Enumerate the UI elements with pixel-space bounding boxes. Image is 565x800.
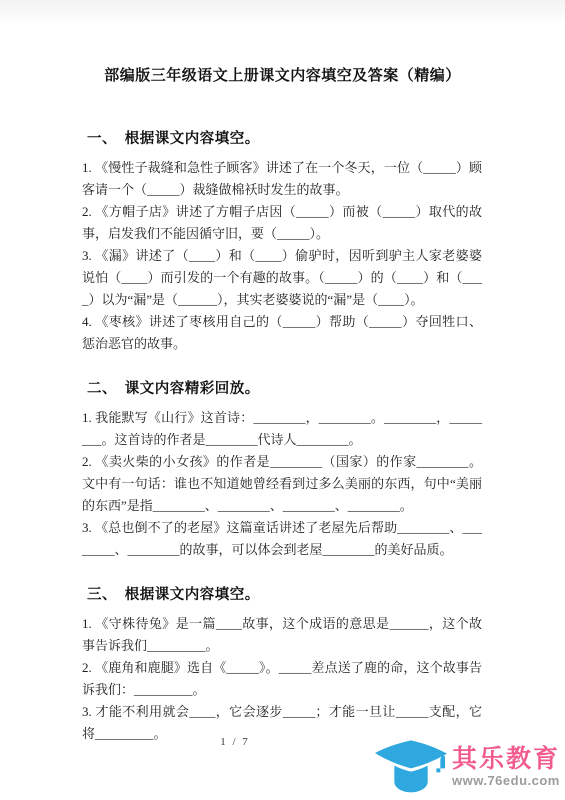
question-item-1-1: 1. 《慢性子裁缝和急性子顾客》讲述了在一个冬天，一位（_____）顾客请一个（…	[82, 157, 482, 201]
graduation-cap-icon	[373, 739, 449, 795]
section-heading-3: 三、 根据课文内容填空。	[87, 583, 482, 604]
section-heading-1: 一、 根据课文内容填空。	[87, 127, 482, 148]
brand-website: www.76edu.com	[452, 773, 560, 788]
question-item-1-4: 4. 《枣核》讲述了枣核用自己的（_____）帮助（_____）夺回牲口、惩治恶…	[82, 311, 482, 355]
document-content: 一、 根据课文内容填空。 1. 《慢性子裁缝和急性子顾客》讲述了在一个冬天，一位…	[82, 127, 482, 745]
question-item-1-2: 2. 《方帽子店》讲述了方帽子店因（_____）而被（_____）取代的故事，启…	[82, 201, 482, 245]
question-item-3-2: 2. 《鹿角和鹿腿》选自《_____》。_____差点送了鹿的命，这个故事告诉我…	[82, 657, 482, 701]
section-heading-2: 二、 课文内容精彩回放。	[87, 377, 482, 398]
question-item-3-1: 1. 《守株待兔》是一篇____故事，这个成语的意思是______，这个故事告诉…	[82, 613, 482, 657]
brand-logo: 其乐教育 www.76edu.com	[373, 739, 560, 795]
question-item-1-3: 3. 《漏》讲述了（____）和（____）偷驴时，因听到驴主人家老婆婆说怕（_…	[82, 245, 482, 311]
brand-name: 其乐教育	[452, 746, 560, 773]
page-title: 部编版三年级语文上册课文内容填空及答案（精编）	[0, 0, 565, 85]
question-item-2-3: 3. 《总也倒不了的老屋》这篇童话讲述了老屋先后帮助________、_____…	[82, 517, 482, 561]
page-number: 1 / 7	[198, 736, 272, 748]
question-item-2-1: 1. 我能默写《山行》这首诗：________，________。_______…	[82, 407, 482, 451]
question-item-2-2: 2. 《卖火柴的小女孩》的作者是________（国家）的作家________。…	[82, 451, 482, 517]
document-page: 部编版三年级语文上册课文内容填空及答案（精编） 一、 根据课文内容填空。 1. …	[0, 0, 565, 800]
logo-text: 其乐教育 www.76edu.com	[452, 746, 560, 788]
